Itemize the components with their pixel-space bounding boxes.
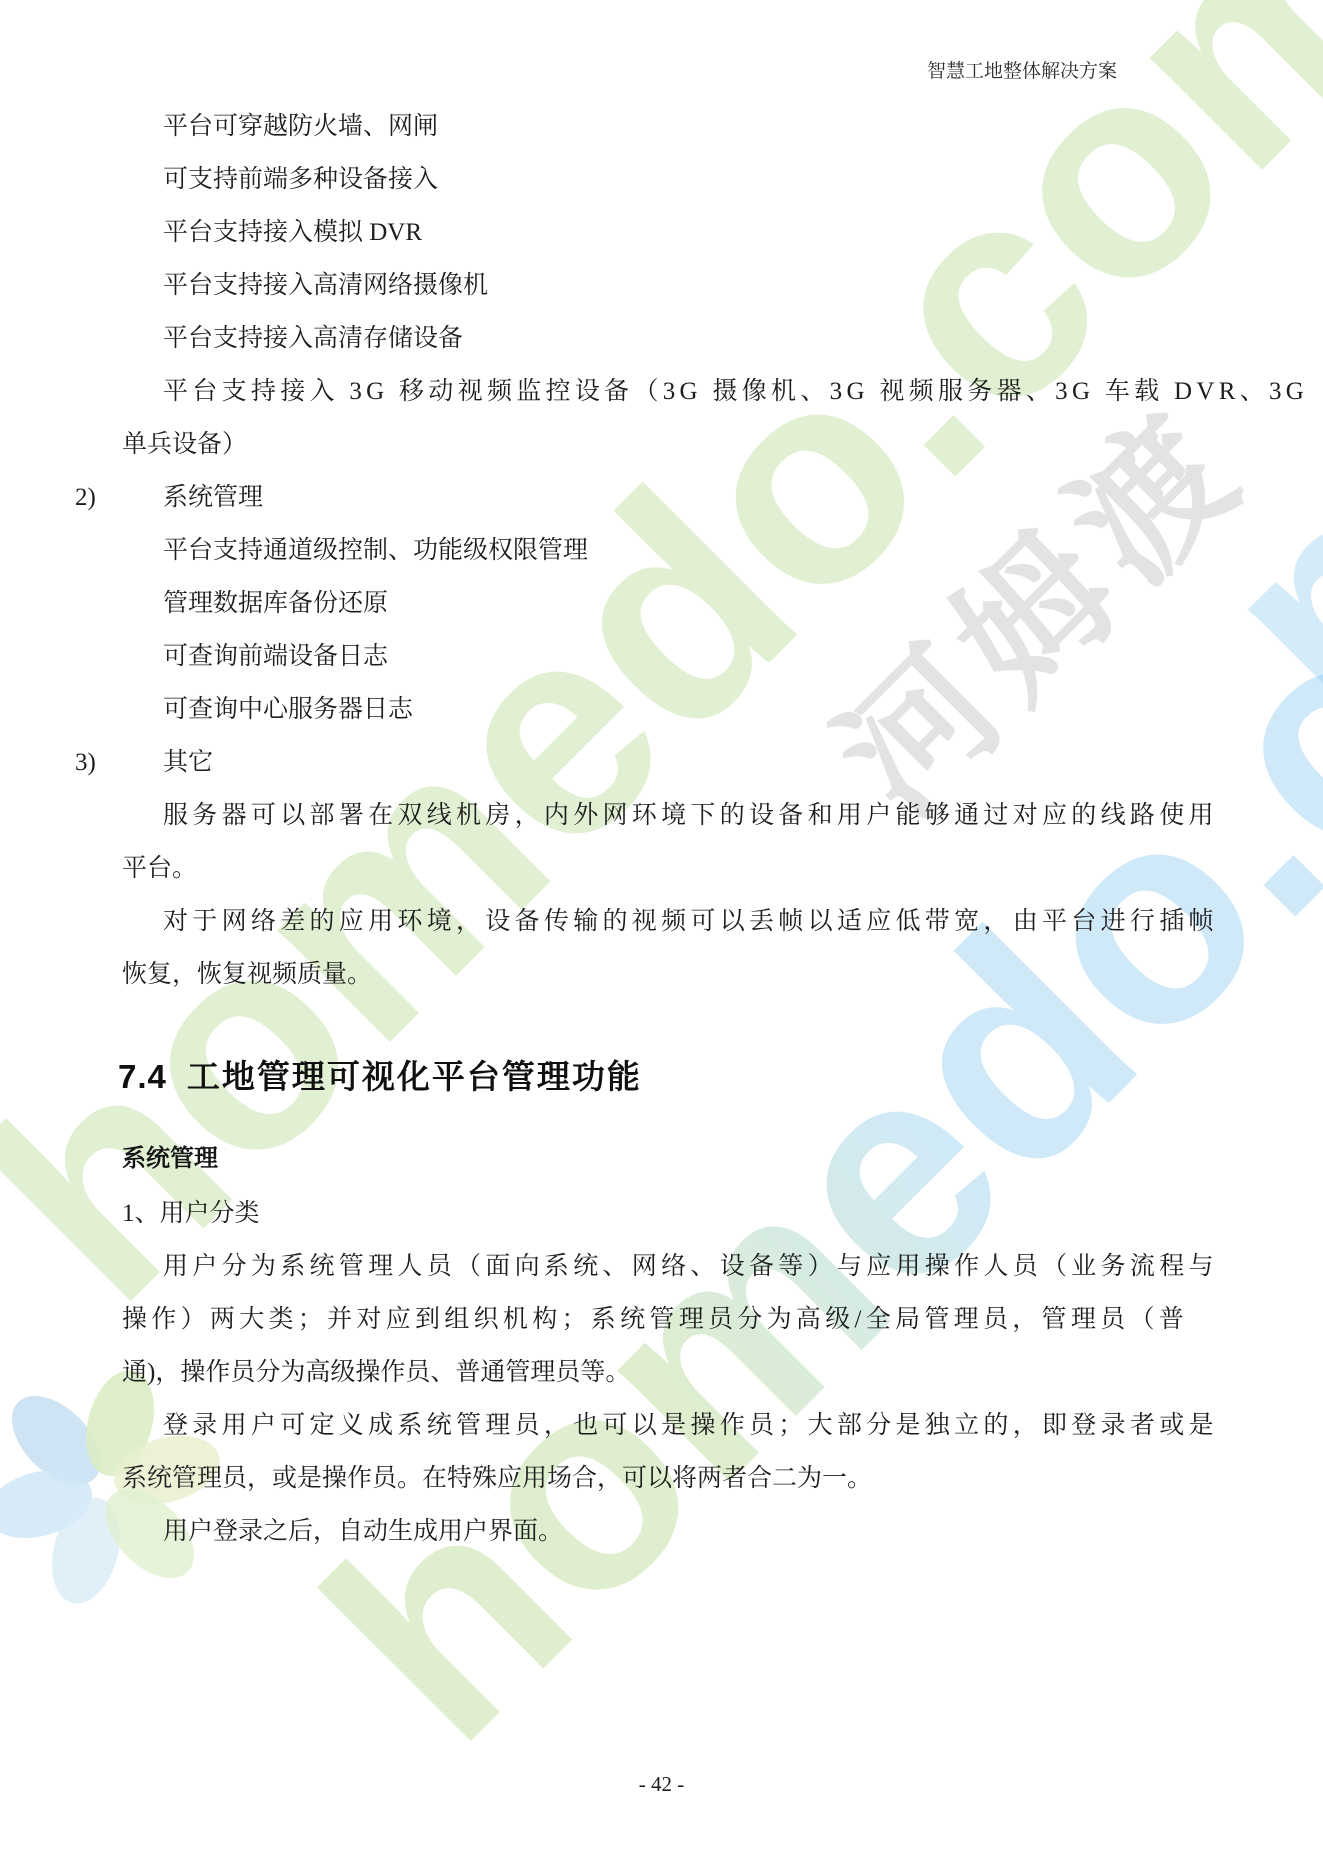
list-number: 3) bbox=[75, 736, 163, 789]
body-line: 平台支持接入 3G 移动视频监控设备（3G 摄像机、3G 视频服务器、3G 车载… bbox=[0, 365, 1323, 418]
page-number: - 42 - bbox=[0, 1772, 1323, 1797]
paragraph-line: 1、用户分类 bbox=[0, 1187, 1323, 1240]
body-line: 对于网络差的应用环境，设备传输的视频可以丢帧以适应低带宽，由平台进行插帧 bbox=[0, 895, 1323, 948]
body-line: 可支持前端多种设备接入 bbox=[0, 153, 1323, 206]
paragraph-line: 操作）两大类；并对应到组织机构；系统管理员分为高级/全局管理员，管理员（普 bbox=[0, 1293, 1323, 1346]
subsection-title: 系统管理 bbox=[0, 1139, 1323, 1179]
list-item-3: 3)其它 bbox=[0, 736, 1323, 789]
list-number: 2) bbox=[75, 471, 163, 524]
paragraph-line: 用户登录之后，自动生成用户界面。 bbox=[0, 1505, 1323, 1558]
body-line: 单兵设备） bbox=[0, 418, 1323, 471]
paragraph-line: 系统管理员，或是操作员。在特殊应用场合，可以将两者合二为一。 bbox=[0, 1452, 1323, 1505]
body-line: 平台。 bbox=[0, 842, 1323, 895]
body-line: 平台可穿越防火墙、网闸 bbox=[0, 100, 1323, 153]
section-heading-7-4: 7.4工地管理可视化平台管理功能 bbox=[0, 1045, 1323, 1109]
body-line: 平台支持接入高清存储设备 bbox=[0, 312, 1323, 365]
document-page: 智慧工地整体解决方案 平台可穿越防火墙、网闸 可支持前端多种设备接入 平台支持接… bbox=[0, 0, 1323, 1871]
document-body: 平台可穿越防火墙、网闸 可支持前端多种设备接入 平台支持接入模拟 DVR 平台支… bbox=[0, 100, 1323, 1558]
body-line: 平台支持接入模拟 DVR bbox=[0, 206, 1323, 259]
paragraph-line: 用户分为系统管理人员（面向系统、网络、设备等）与应用操作人员（业务流程与 bbox=[0, 1240, 1323, 1293]
body-line: 平台支持接入高清网络摄像机 bbox=[0, 259, 1323, 312]
body-line: 平台支持通道级控制、功能级权限管理 bbox=[0, 524, 1323, 577]
body-line: 管理数据库备份还原 bbox=[0, 577, 1323, 630]
body-line: 可查询前端设备日志 bbox=[0, 630, 1323, 683]
page-header-title: 智慧工地整体解决方案 bbox=[0, 56, 1117, 83]
list-label: 其它 bbox=[163, 749, 213, 776]
body-line: 服务器可以部署在双线机房，内外网环境下的设备和用户能够通过对应的线路使用 bbox=[0, 789, 1323, 842]
body-line: 可查询中心服务器日志 bbox=[0, 683, 1323, 736]
paragraph-block: 1、用户分类 用户分为系统管理人员（面向系统、网络、设备等）与应用操作人员（业务… bbox=[0, 1187, 1323, 1558]
section-number: 7.4 bbox=[118, 1058, 167, 1095]
paragraph-line: 登录用户可定义成系统管理员，也可以是操作员；大部分是独立的，即登录者或是 bbox=[0, 1399, 1323, 1452]
section-title: 工地管理可视化平台管理功能 bbox=[187, 1060, 642, 1096]
paragraph-line: 通)，操作员分为高级操作员、普通管理员等。 bbox=[0, 1346, 1323, 1399]
list-item-2: 2)系统管理 bbox=[0, 471, 1323, 524]
list-label: 系统管理 bbox=[163, 484, 263, 511]
body-line: 恢复，恢复视频质量。 bbox=[0, 948, 1323, 1001]
